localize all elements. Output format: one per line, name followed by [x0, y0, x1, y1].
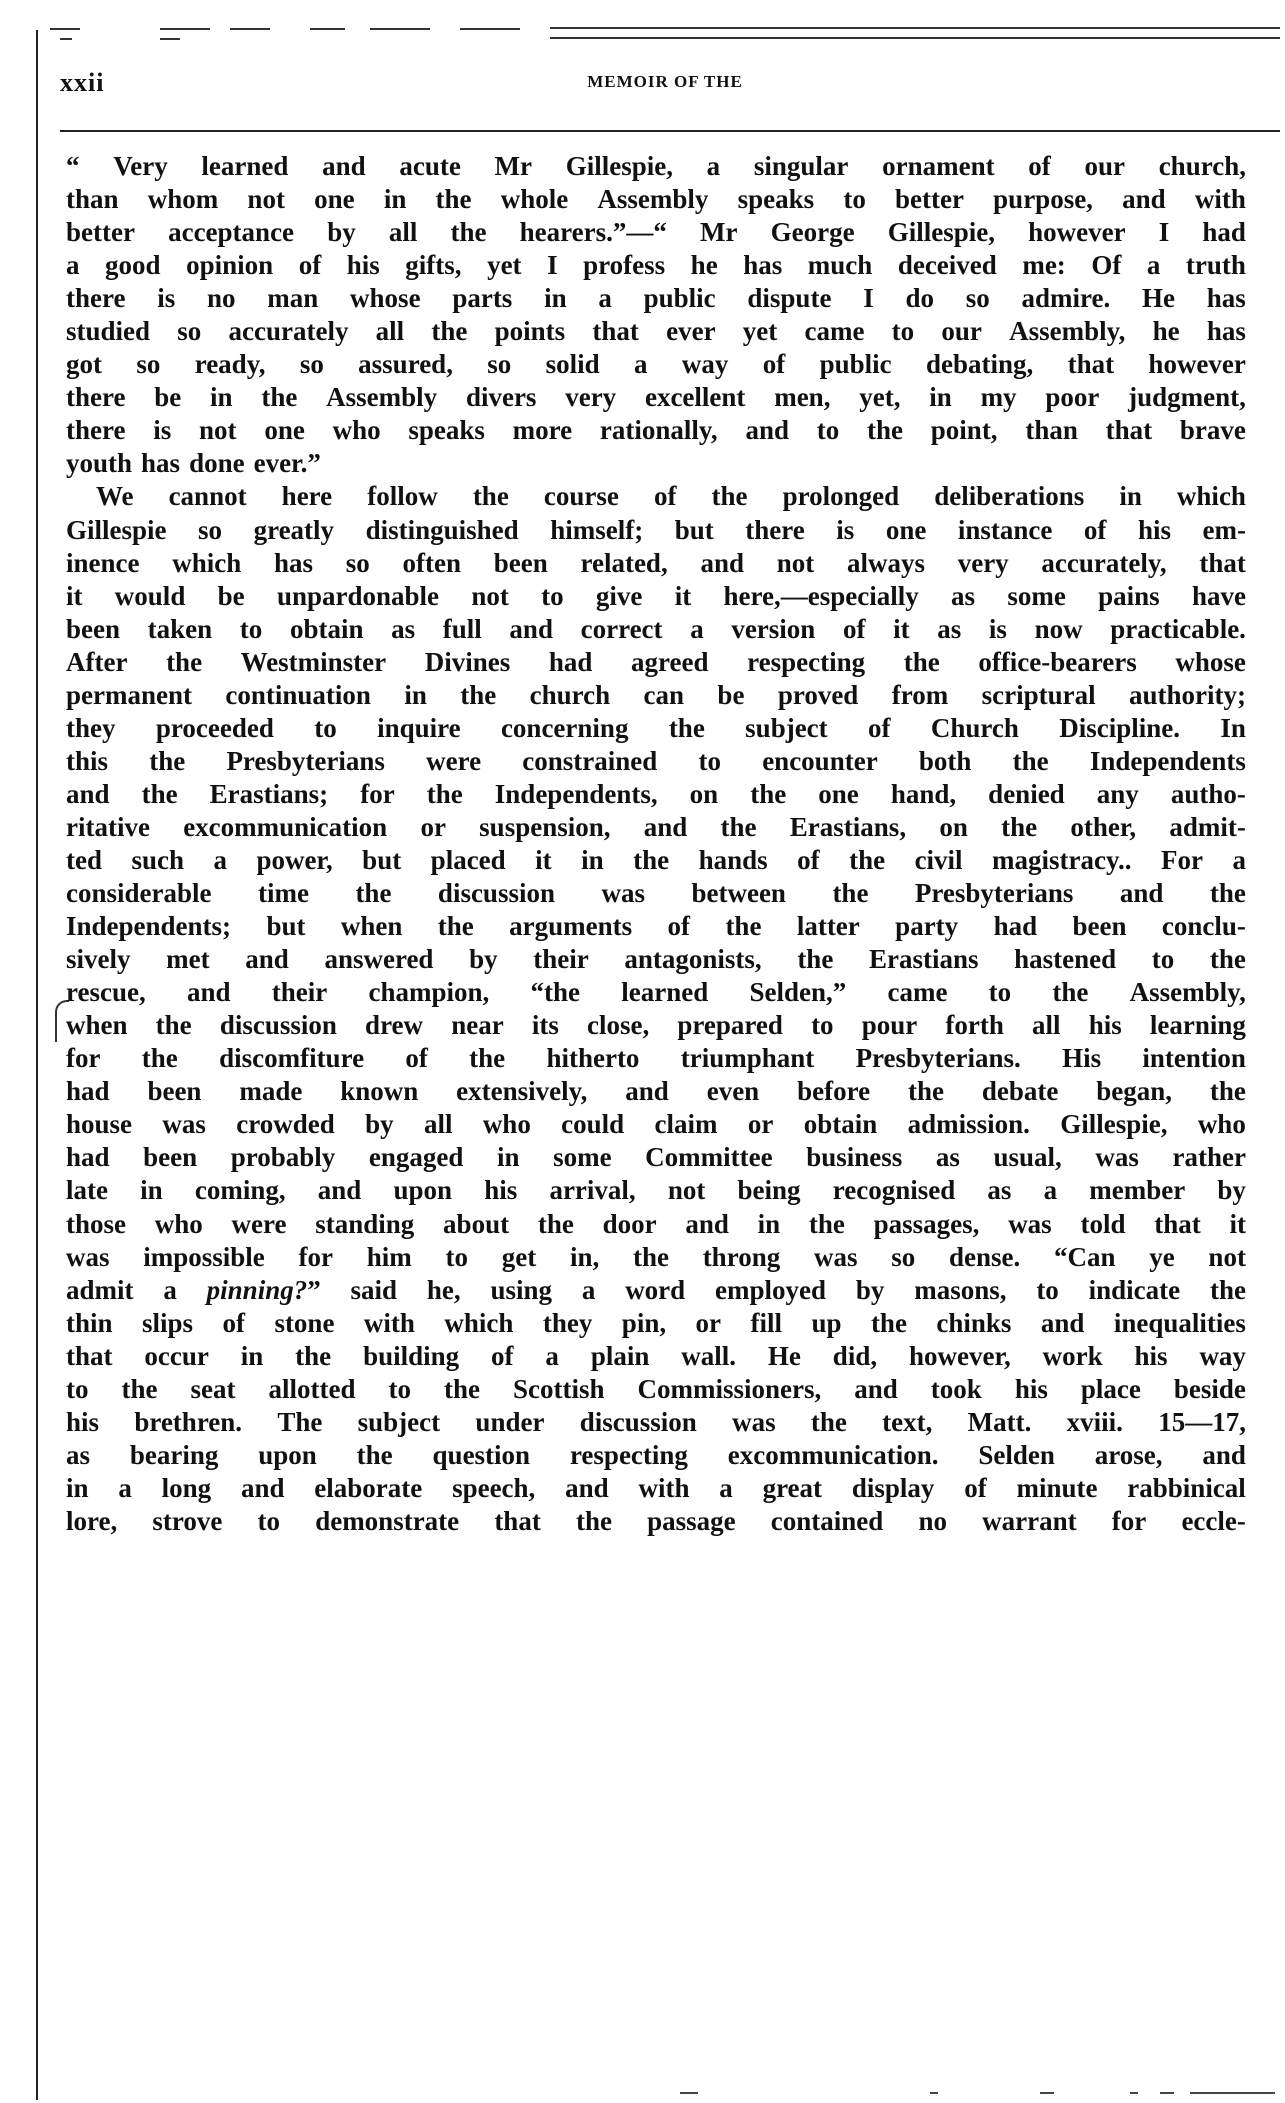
text-line: theyproceededtoinquireconcerningthesubje…: [66, 712, 1246, 745]
text-line: hadbeenprobablyengagedinsomeCommitteebus…: [66, 1141, 1246, 1174]
scan-noise-top: [40, 24, 1280, 44]
text-line: beentakentoobtainasfullandcorrectaversio…: [66, 613, 1246, 646]
text-line: thosewhowerestandingaboutthedoorandinthe…: [66, 1208, 1246, 1241]
text-line: tedsuchapower,butplaceditinthehandsofthe…: [66, 844, 1246, 877]
text-line: andtheErastians;fortheIndependents,onthe…: [66, 778, 1246, 811]
text-line: studiedsoaccuratelyallthepointsthatevery…: [66, 315, 1246, 348]
text-line: whenthediscussiondrewnearitsclose,prepar…: [66, 1009, 1246, 1042]
text-line: Wecannotherefollowthecourseoftheprolonge…: [66, 480, 1246, 513]
text-line: thatoccurinthebuildingofaplainwall.Hedid…: [66, 1340, 1246, 1373]
text-line: agoodopinionofhisgifts,yetIprofesshehasm…: [66, 249, 1246, 282]
text-line: housewascrowdedbyallwhocouldclaimorobtai…: [66, 1108, 1246, 1141]
text-line: wasimpossibleforhimtogetin,thethrongwass…: [66, 1241, 1246, 1274]
text-line: thereisnotonewhospeaksmorerationally,and…: [66, 414, 1246, 447]
scan-left-border: [36, 30, 38, 2100]
text-line: Independents;butwhentheargumentsofthelat…: [66, 910, 1246, 943]
scan-noise-bottom: [680, 2092, 1280, 2096]
text-line: considerabletimethediscussionwasbetweent…: [66, 877, 1246, 910]
text-line: therebeintheAssemblydiversveryexcellentm…: [66, 381, 1246, 414]
text-line: hadbeenmadeknownextensively,andevenbefor…: [66, 1075, 1246, 1108]
text-line: thisthePresbyterianswereconstrainedtoenc…: [66, 745, 1246, 778]
text-line: Gillespiesogreatlydistinguishedhimself;b…: [66, 514, 1246, 547]
text-line: youthhasdoneever.”: [66, 447, 1246, 480]
text-line: inencewhichhassooftenbeenrelated,andnota…: [66, 547, 1246, 580]
text-line: rescue,andtheirchampion,“thelearnedSelde…: [66, 976, 1246, 1009]
page-header: xxii MEMOIR OF THE: [60, 68, 1270, 108]
text-line: itwouldbeunpardonablenottogiveithere,—es…: [66, 580, 1246, 613]
header-rule: [60, 130, 1280, 132]
text-line: AftertheWestminsterDivineshadagreedrespe…: [66, 646, 1246, 679]
text-line: asbearinguponthequestionrespectingexcomm…: [66, 1439, 1246, 1472]
text-line: ritativeexcommunicationorsuspension,andt…: [66, 811, 1246, 844]
italic-word: pinning?: [207, 1274, 308, 1307]
text-line: thanwhomnotoneinthewholeAssemblyspeaksto…: [66, 183, 1246, 216]
text-line: sivelymetandansweredbytheirantagonists,t…: [66, 943, 1246, 976]
text-line: inalongandelaboratespeech,andwithagreatd…: [66, 1472, 1246, 1505]
text-line: permanentcontinuationinthechurchcanbepro…: [66, 679, 1246, 712]
text-line: forthediscomfitureofthehithertotriumphan…: [66, 1042, 1246, 1075]
body-text: “VerylearnedandacuteMrGillespie,asingula…: [66, 150, 1246, 1538]
text-line: totheseatallottedtotheScottishCommission…: [66, 1373, 1246, 1406]
text-line: “VerylearnedandacuteMrGillespie,asingula…: [66, 150, 1246, 183]
text-line: thereisnomanwhosepartsinapublicdisputeId…: [66, 282, 1246, 315]
text-line: thinslipsofstonewithwhichtheypin,orfillu…: [66, 1307, 1246, 1340]
text-line: hisbrethren.Thesubjectunderdiscussionwas…: [66, 1406, 1246, 1439]
text-line: admitapinning?”saidhe,usingawordemployed…: [66, 1274, 1246, 1307]
text-line: lateincoming,anduponhisarrival,notbeingr…: [66, 1174, 1246, 1207]
running-head: MEMOIR OF THE: [60, 72, 1270, 92]
text-line: gotsoready,soassured,sosolidawayofpublic…: [66, 348, 1246, 381]
text-line: lore,strovetodemonstratethatthepassageco…: [66, 1505, 1246, 1538]
text-line: betteracceptancebyallthehearers.”—“MrGeo…: [66, 216, 1246, 249]
